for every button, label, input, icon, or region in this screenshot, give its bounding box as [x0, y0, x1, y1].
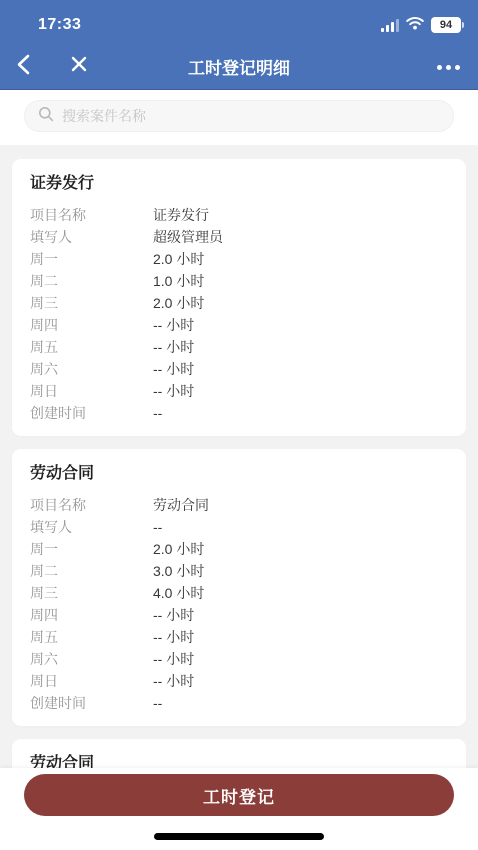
search-box[interactable] [24, 100, 454, 132]
cellular-signal-icon [381, 19, 399, 32]
row-value: -- 小时 [153, 359, 194, 379]
battery-icon: 94 [431, 17, 464, 33]
card-list: 证券发行项目名称证券发行填写人超级管理员周一2.0 小时周二1.0 小时周三2.… [0, 145, 478, 796]
row-label: 创建时间 [30, 693, 153, 713]
timesheet-card[interactable]: 证券发行项目名称证券发行填写人超级管理员周一2.0 小时周二1.0 小时周三2.… [12, 159, 466, 436]
row-value: -- 小时 [153, 315, 194, 335]
detail-row: 项目名称证券发行 [30, 204, 448, 226]
clock: 17:33 [38, 16, 81, 34]
detail-row: 周日-- 小时 [30, 670, 448, 692]
row-label: 周三 [30, 293, 153, 313]
row-value: -- [153, 519, 162, 535]
row-value: 3.0 小时 [153, 561, 204, 581]
detail-row: 周二3.0 小时 [30, 560, 448, 582]
search-input[interactable] [62, 108, 440, 124]
row-label: 周二 [30, 271, 153, 291]
battery-nub [462, 22, 464, 28]
nav-bar: 工时登记明细 [0, 44, 478, 90]
detail-row: 创建时间-- [30, 402, 448, 424]
card-title: 劳动合同 [30, 463, 448, 485]
row-label: 填写人 [30, 227, 153, 247]
row-label: 填写人 [30, 517, 153, 537]
detail-row: 项目名称劳动合同 [30, 494, 448, 516]
close-icon [71, 56, 87, 77]
search-section [0, 90, 478, 145]
detail-row: 周一2.0 小时 [30, 538, 448, 560]
row-label: 周二 [30, 561, 153, 581]
row-label: 周一 [30, 539, 153, 559]
back-button[interactable] [6, 50, 40, 84]
row-value: 劳动合同 [153, 495, 209, 515]
row-value: 1.0 小时 [153, 271, 204, 291]
detail-row: 周三2.0 小时 [30, 292, 448, 314]
row-label: 创建时间 [30, 403, 153, 423]
row-label: 项目名称 [30, 495, 153, 515]
detail-row: 周一2.0 小时 [30, 248, 448, 270]
status-icons: 94 [381, 16, 464, 35]
ellipsis-icon [437, 65, 442, 70]
row-label: 周四 [30, 315, 153, 335]
row-value: -- 小时 [153, 627, 194, 647]
detail-row: 周六-- 小时 [30, 648, 448, 670]
row-label: 周三 [30, 583, 153, 603]
row-value: -- 小时 [153, 337, 194, 357]
row-value: -- [153, 695, 162, 711]
row-label: 周四 [30, 605, 153, 625]
battery-percent: 94 [431, 17, 461, 33]
detail-row: 周日-- 小时 [30, 380, 448, 402]
detail-row: 填写人-- [30, 516, 448, 538]
row-value: -- 小时 [153, 381, 194, 401]
detail-row: 周四-- 小时 [30, 604, 448, 626]
card-title: 证券发行 [30, 173, 448, 195]
row-value: 2.0 小时 [153, 293, 204, 313]
detail-row: 周五-- 小时 [30, 336, 448, 358]
status-bar: 17:33 94 [0, 0, 478, 44]
detail-row: 周五-- 小时 [30, 626, 448, 648]
row-value: 4.0 小时 [153, 583, 204, 603]
row-label: 周五 [30, 627, 153, 647]
row-label: 周六 [30, 649, 153, 669]
detail-row: 周三4.0 小时 [30, 582, 448, 604]
row-value: 2.0 小时 [153, 249, 204, 269]
row-value: -- 小时 [153, 671, 194, 691]
row-value: -- [153, 405, 162, 421]
detail-row: 周二1.0 小时 [30, 270, 448, 292]
app-screen: 17:33 94 [0, 0, 478, 850]
row-value: -- 小时 [153, 605, 194, 625]
search-icon [38, 106, 54, 127]
detail-row: 创建时间-- [30, 692, 448, 714]
row-label: 项目名称 [30, 205, 153, 225]
home-indicator[interactable] [154, 833, 324, 840]
row-label: 周六 [30, 359, 153, 379]
detail-row: 周六-- 小时 [30, 358, 448, 380]
row-label: 周五 [30, 337, 153, 357]
register-hours-button[interactable]: 工时登记 [24, 774, 454, 816]
wifi-icon [406, 16, 424, 35]
detail-row: 填写人超级管理员 [30, 226, 448, 248]
close-button[interactable] [62, 50, 96, 84]
row-label: 周一 [30, 249, 153, 269]
row-label: 周日 [30, 671, 153, 691]
row-value: 2.0 小时 [153, 539, 204, 559]
row-value: 超级管理员 [153, 227, 223, 247]
chevron-left-icon [17, 54, 30, 80]
row-label: 周日 [30, 381, 153, 401]
row-value: 证券发行 [153, 205, 209, 225]
detail-row: 周四-- 小时 [30, 314, 448, 336]
timesheet-card[interactable]: 劳动合同项目名称劳动合同填写人--周一2.0 小时周二3.0 小时周三4.0 小… [12, 449, 466, 726]
more-menu-button[interactable] [437, 44, 460, 90]
row-value: -- 小时 [153, 649, 194, 669]
footer-bar: 工时登记 [0, 768, 478, 850]
